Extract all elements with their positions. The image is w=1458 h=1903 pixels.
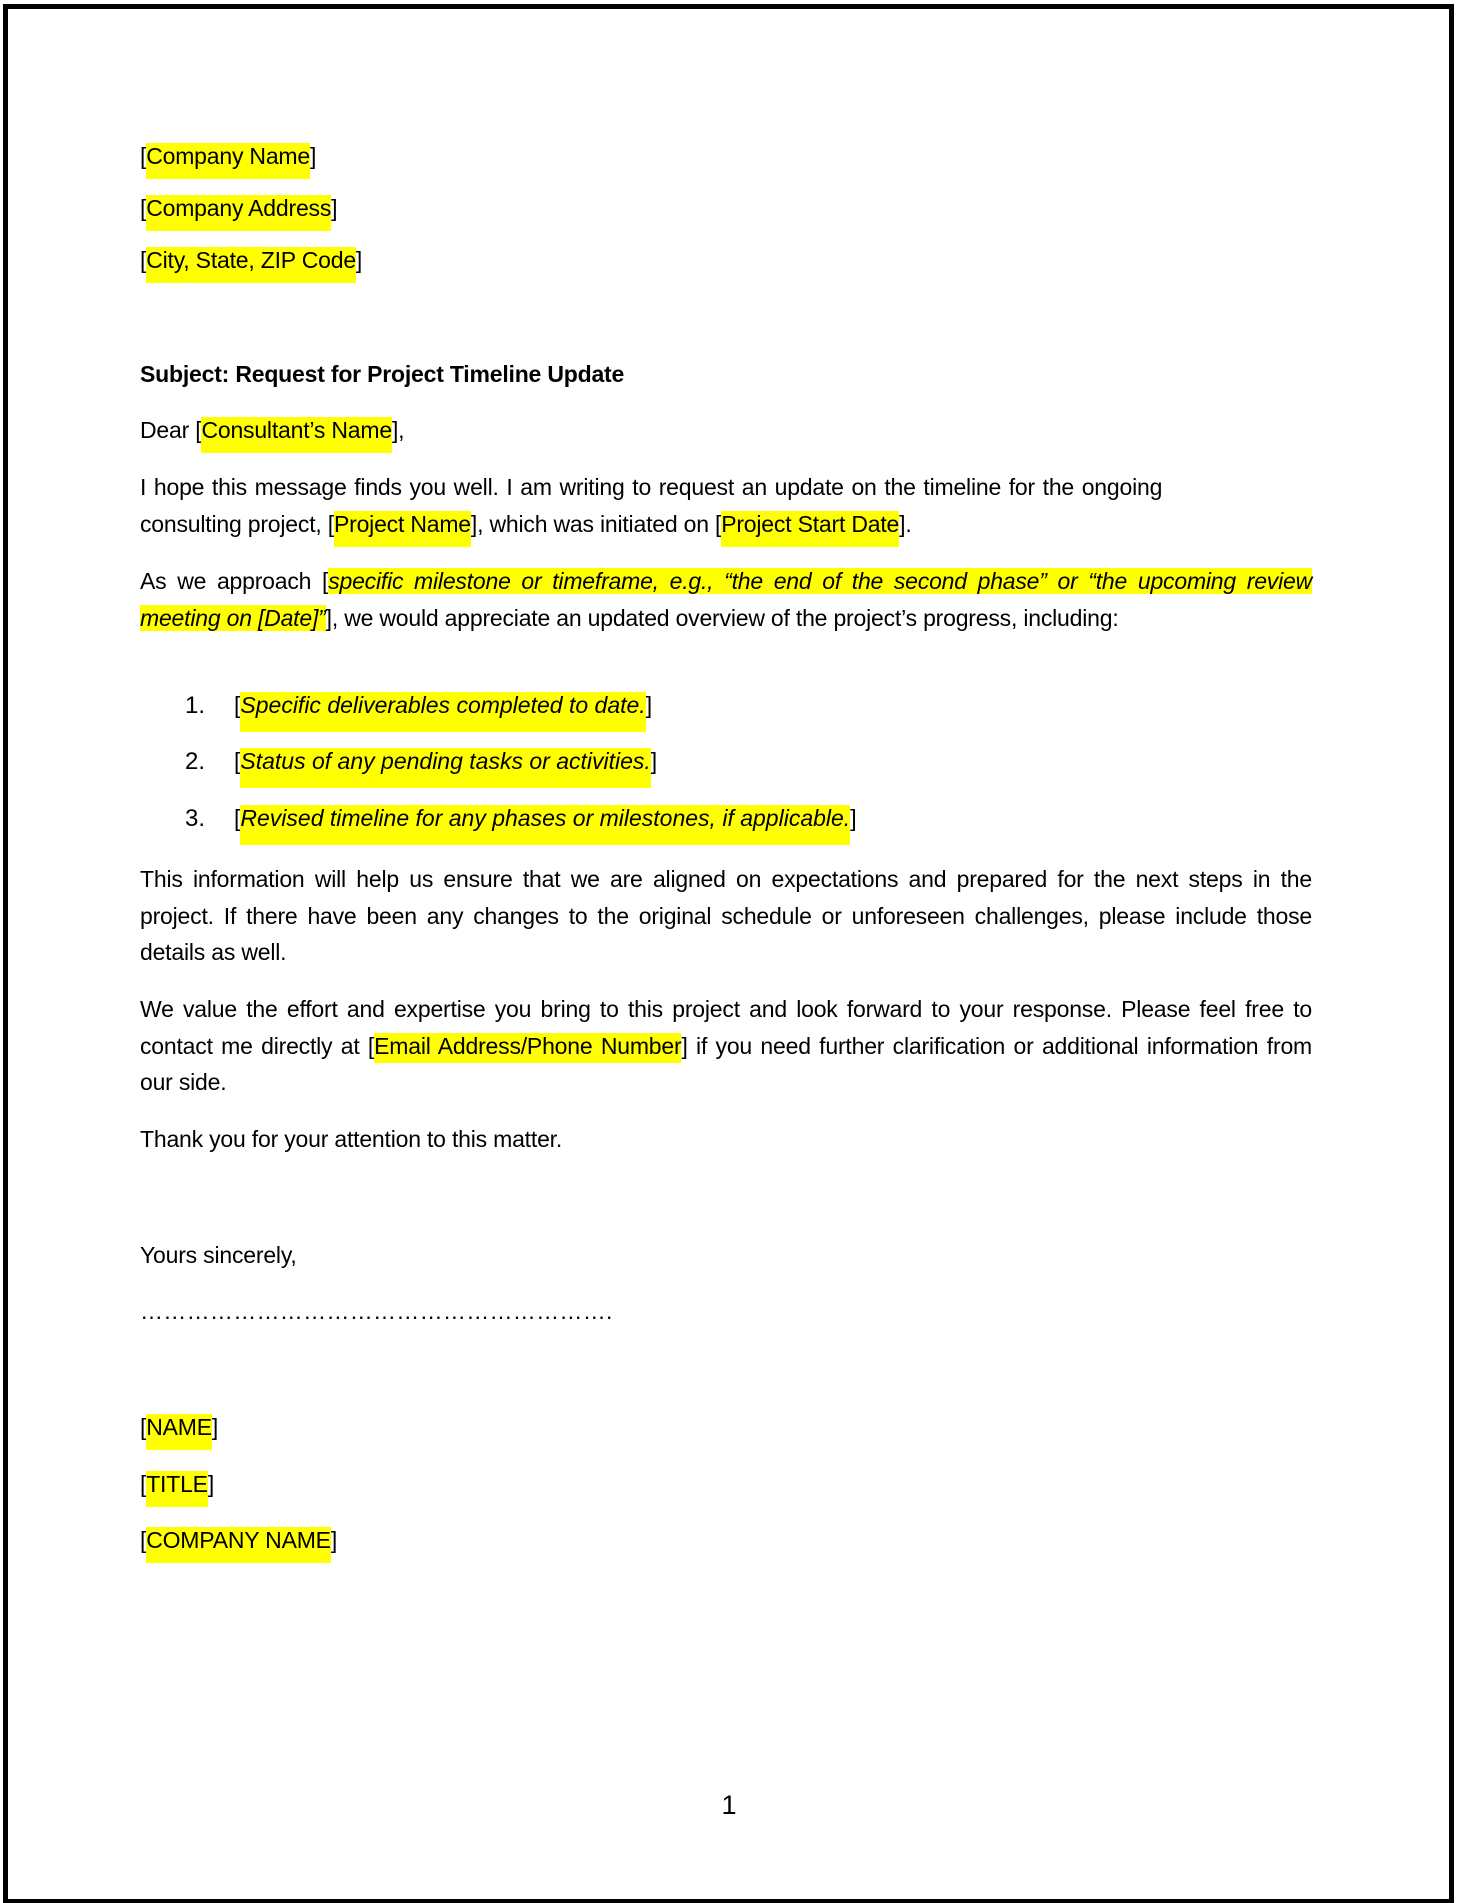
list-number: 1.: [185, 692, 205, 720]
list-item: [Status of any pending tasks or activiti…: [234, 748, 657, 775]
subject-line: Subject: Request for Project Timeline Up…: [140, 356, 1312, 393]
p1-text-mid: ], which was initiated on [: [471, 511, 721, 537]
placeholder-list-item-2[interactable]: Status of any pending tasks or activitie…: [240, 748, 650, 788]
placeholder-email-phone[interactable]: Email Address/Phone Number: [374, 1033, 681, 1063]
sender-city-state-zip: [City, State, ZIP Code]: [140, 242, 1312, 279]
signature-name: [NAME]: [140, 1409, 1312, 1446]
signature-line: …………………………………………………….: [140, 1293, 1312, 1330]
paragraph-3: This information will help us ensure tha…: [140, 861, 1312, 971]
placeholder-company-address[interactable]: Company Address: [146, 195, 331, 231]
paragraph-4: We value the effort and expertise you br…: [140, 991, 1312, 1101]
placeholder-list-item-1[interactable]: Specific deliverables completed to date.: [240, 692, 645, 732]
greeting-suffix: ],: [392, 417, 404, 443]
sender-company-name: [Company Name]: [140, 138, 1312, 175]
greeting: Dear [Consultant’s Name],: [140, 412, 1312, 449]
placeholder-project-start-date[interactable]: Project Start Date: [721, 511, 899, 547]
signature-title: [TITLE]: [140, 1466, 1312, 1503]
list-item: [Revised timeline for any phases or mile…: [234, 805, 857, 832]
placeholder-consultant-name[interactable]: Consultant’s Name: [201, 417, 392, 453]
placeholder-name[interactable]: NAME: [146, 1414, 212, 1450]
list-item: [Specific deliverables completed to date…: [234, 692, 652, 719]
placeholder-project-name[interactable]: Project Name: [334, 511, 471, 547]
paragraph-1-line-2: consulting project, [Project Name], whic…: [140, 506, 1312, 543]
thanks-line: Thank you for your attention to this mat…: [140, 1121, 1312, 1158]
placeholder-company-name[interactable]: Company Name: [146, 143, 310, 179]
list-number: 3.: [185, 805, 205, 833]
paragraph-2: As we approach [specific milestone or ti…: [140, 563, 1312, 636]
placeholder-company-name-signature[interactable]: COMPANY NAME: [146, 1527, 331, 1563]
placeholder-city-state-zip[interactable]: City, State, ZIP Code: [146, 247, 356, 283]
list-number: 2.: [185, 748, 205, 776]
sender-company-address: [Company Address]: [140, 190, 1312, 227]
placeholder-title[interactable]: TITLE: [146, 1471, 208, 1507]
closing: Yours sincerely,: [140, 1237, 1312, 1274]
p2-prefix: As we approach [: [140, 568, 328, 594]
p1-text-end: ].: [899, 511, 911, 537]
page-number: 1: [0, 1790, 1458, 1821]
p2-suffix: ], we would appreciate an updated overvi…: [326, 605, 1119, 631]
signature-company: [COMPANY NAME]: [140, 1522, 1312, 1559]
placeholder-list-item-3[interactable]: Revised timeline for any phases or miles…: [240, 805, 850, 845]
paragraph-1-line-1: I hope this message finds you well. I am…: [140, 469, 1312, 506]
greeting-prefix: Dear [: [140, 417, 201, 443]
p1-text: consulting project, [: [140, 511, 334, 537]
